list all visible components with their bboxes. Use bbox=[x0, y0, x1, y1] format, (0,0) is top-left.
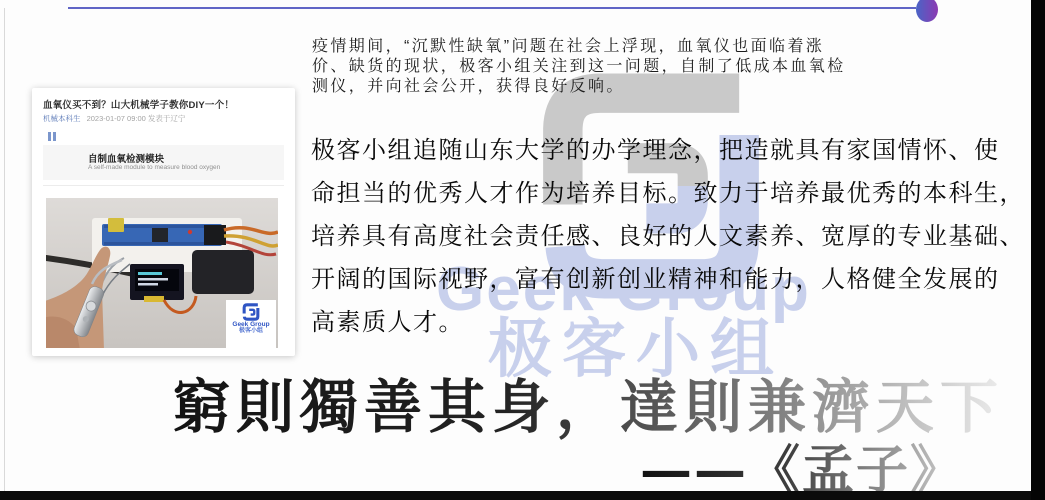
intro-line: 价、缺货的现状，极客小组关注到这一问题，自制了低成本血氧检 bbox=[312, 57, 897, 77]
article-banner: 自制血氧检测模块 A self-made module to measure b… bbox=[43, 145, 284, 180]
quote-source: ——《孟子》 bbox=[640, 428, 964, 500]
banner-subtitle: A self-made module to measure blood oxyg… bbox=[88, 164, 220, 171]
top-accent-line bbox=[68, 7, 916, 9]
photo-logo-cn-text: 极客小组 bbox=[226, 328, 276, 335]
left-edge-line bbox=[4, 8, 5, 492]
intro-paragraph: 疫情期间，“沉默性缺氧”问题在社会上浮现，血氧仪也面临着涨 价、缺货的现状，极客… bbox=[312, 37, 897, 97]
pause-icon bbox=[48, 132, 56, 141]
geek-group-logo-icon bbox=[242, 303, 260, 321]
banner-title: 自制血氧检测模块 bbox=[88, 151, 164, 165]
article-card: 血氧仪买不到？山大机械学子教你DIY一个！ 机械本科生 2023-01-07 0… bbox=[32, 88, 295, 356]
article-date: 2023-01-07 09:00 发表于辽宁 bbox=[87, 114, 186, 123]
photo-corner-logo: Geek Group 极客小组 bbox=[226, 300, 276, 348]
body-paragraph: 极客小组追随山东大学的办学理念，把造就具有家国情怀、使 命担当的优秀人才作为培养… bbox=[311, 129, 1016, 344]
accent-dot-icon bbox=[916, 0, 938, 22]
article-photo: Geek Group 极客小组 bbox=[46, 198, 278, 348]
article-author-link: 机械本科生 bbox=[43, 114, 81, 123]
body-line: 极客小组追随山东大学的办学理念，把造就具有家国情怀、使 bbox=[311, 129, 1016, 172]
body-line: 高素质人才。 bbox=[311, 301, 1016, 344]
presentation-slide: Geek Group 极客小组 血氧仪买不到？山大机械学子教你DIY一个！ 机械… bbox=[0, 0, 1045, 500]
article-title: 血氧仪买不到？山大机械学子教你DIY一个！ bbox=[43, 97, 283, 111]
article-meta: 机械本科生 2023-01-07 09:00 发表于辽宁 bbox=[43, 113, 283, 124]
body-line: 培养具有高度社会责任感、良好的人文素养、宽厚的专业基础、 bbox=[311, 215, 1016, 258]
photo-logo-en-text: Geek Group bbox=[226, 321, 276, 328]
body-line: 命担当的优秀人才作为培养目标。致力于培养最优秀的本科生， bbox=[311, 172, 1016, 215]
intro-line: 疫情期间，“沉默性缺氧”问题在社会上浮现，血氧仪也面临着涨 bbox=[312, 37, 897, 57]
right-black-bar bbox=[1031, 0, 1045, 500]
intro-line: 测仪，并向社会公开，获得良好反响。 bbox=[312, 77, 897, 97]
card-divider bbox=[43, 185, 284, 186]
body-line: 开阔的国际视野，富有创新创业精神和能力，人格健全发展的 bbox=[311, 258, 1016, 301]
bottom-black-bar bbox=[0, 491, 1045, 500]
